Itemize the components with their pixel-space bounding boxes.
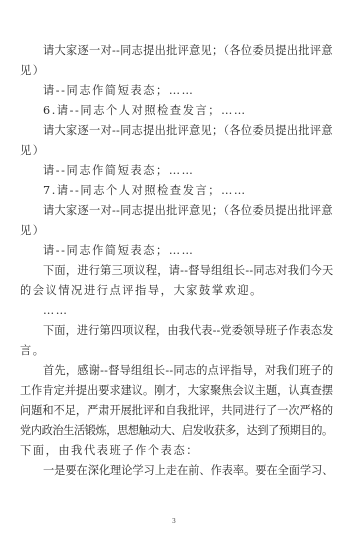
page-number: 3 <box>172 518 176 525</box>
text-line: 请--同志作简短表态；…… <box>43 164 333 178</box>
text-line: 下面，由我代表班子作个表态： <box>20 444 333 458</box>
text-line: 请--同志作简短表态；…… <box>43 84 333 98</box>
text-line: 见） <box>20 144 333 158</box>
text-line: 首先，感谢--督导组组长--同志的点评指导，对我们班子的 <box>43 364 333 378</box>
text-line: 的会议情况进行点评指导，大家鼓掌欢迎。 <box>20 284 333 298</box>
text-line: 7.请--同志个人对照检查发言；…… <box>43 184 333 198</box>
text-line: 下面，进行第三项议程，请--督导组组长--同志对我们今天 <box>43 264 333 278</box>
document-page: 请大家逐一对--同志提出批评意见；（各位委员提出批评意见）请--同志作简短表态；… <box>0 0 361 550</box>
text-line: 见） <box>20 64 333 78</box>
text-line: 下面，进行第四项议程，由我代表--党委领导班子作表态发 <box>43 324 333 338</box>
text-line: 一是要在深化理论学习上走在前、作表率。要在全面学习、 <box>43 464 333 478</box>
text-line: 言。 <box>20 344 333 358</box>
text-line: 工作肯定并提出要求建议。刚才，大家聚焦会议主题，认真查摆 <box>20 384 333 398</box>
text-line: 请--同志作简短表态；…… <box>43 244 333 258</box>
text-line: 请大家逐一对--同志提出批评意见；（各位委员提出批评意 <box>43 44 333 58</box>
text-line: 党内政治生活锻炼，思想触动大、启发收获多，达到了预期目的。 <box>20 424 333 438</box>
text-line: 问题和不足，严肃开展批评和自我批评，共同进行了一次严格的 <box>20 404 333 418</box>
text-line: 请大家逐一对--同志提出批评意见；（各位委员提出批评意 <box>43 204 333 218</box>
text-line: 请大家逐一对--同志提出批评意见；（各位委员提出批评意 <box>43 124 333 138</box>
text-line: 见） <box>20 224 333 238</box>
text-line: …… <box>43 304 333 318</box>
text-line: 6.请--同志个人对照检查发言；…… <box>43 104 333 118</box>
